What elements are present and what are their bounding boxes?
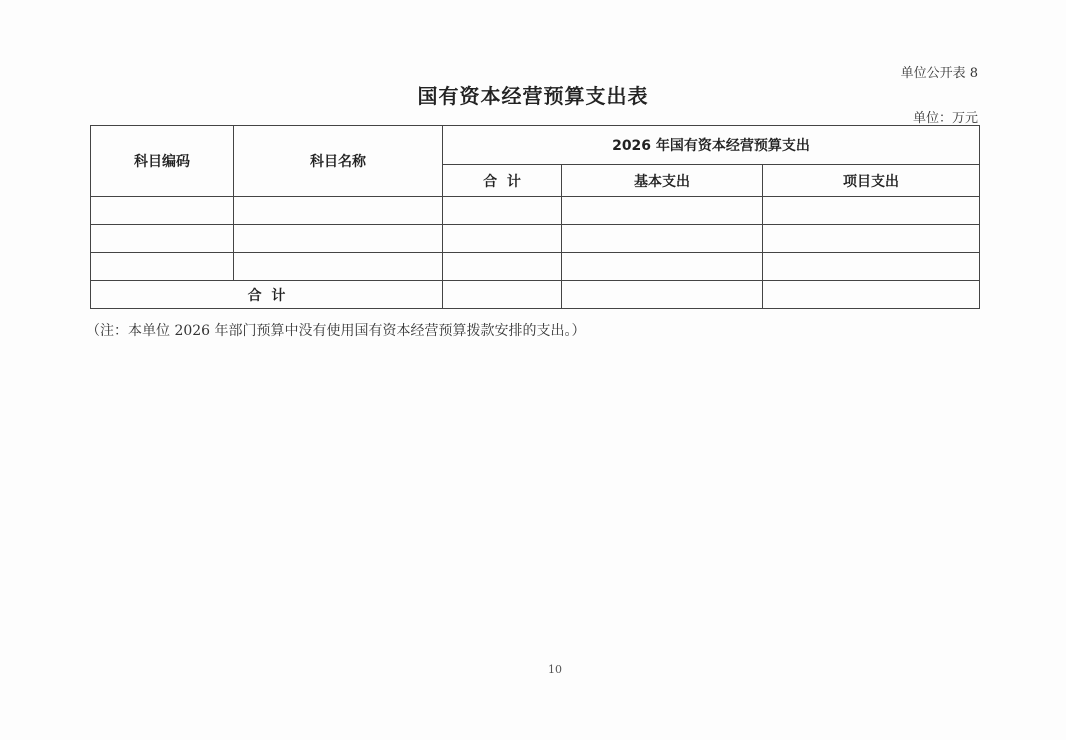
table-row [91,253,980,281]
cell-total [443,253,562,281]
cell-name [234,253,443,281]
table-row [91,197,980,225]
cell-name [234,225,443,253]
col-header-basic: 基本支出 [562,165,763,197]
col-header-project: 项目支出 [763,165,980,197]
cell-basic [562,197,763,225]
sum-row: 合 计 [91,281,980,309]
sum-basic [562,281,763,309]
col-header-code: 科目编码 [91,126,234,197]
cell-name [234,197,443,225]
col-header-name: 科目名称 [234,126,443,197]
sum-label: 合 计 [91,281,443,309]
col-header-total: 合 计 [443,165,562,197]
table-row [91,225,980,253]
cell-basic [562,253,763,281]
col-header-group: 2026 年国有资本经营预算支出 [443,126,980,165]
cell-project [763,225,980,253]
cell-code [91,253,234,281]
cell-project [763,197,980,225]
budget-table: 科目编码 科目名称 2026 年国有资本经营预算支出 合 计 基本支出 项目支出… [90,125,980,309]
cell-total [443,197,562,225]
cell-code [91,225,234,253]
cell-code [91,197,234,225]
page-title: 国有资本经营预算支出表 [0,80,1066,109]
sum-project [763,281,980,309]
sum-total [443,281,562,309]
header-row-1: 科目编码 科目名称 2026 年国有资本经营预算支出 [91,126,980,165]
footnote: （注：本单位 2026 年部门预算中没有使用国有资本经营预算拨款安排的支出。） [86,320,586,340]
form-number: 单位公开表 8 [901,62,978,81]
cell-basic [562,225,763,253]
cell-total [443,225,562,253]
cell-project [763,253,980,281]
page-number: 10 [0,663,1066,676]
unit-label: 单位：万元 [913,107,978,126]
